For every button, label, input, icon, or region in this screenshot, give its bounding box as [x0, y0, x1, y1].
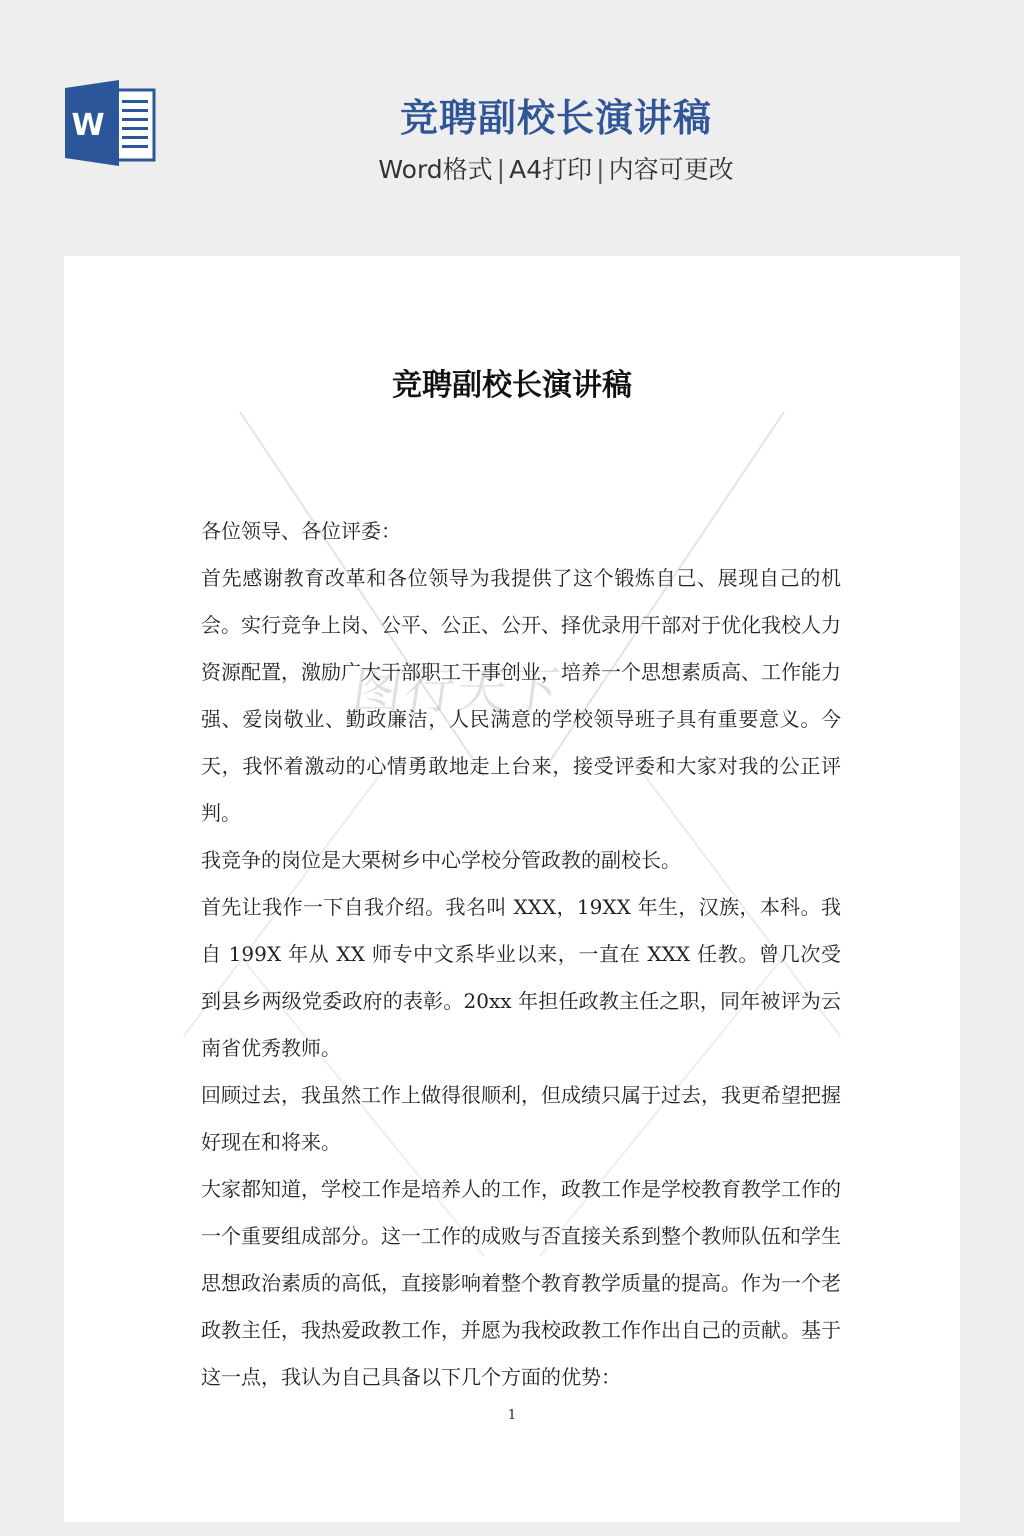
subtitle-print: A4打印: [509, 155, 592, 184]
paragraph: 首先感谢教育改革和各位领导为我提供了这个锻炼自己、展现自己的机会。实行竞争上岗、…: [201, 555, 841, 837]
paragraph: 大家都知道，学校工作是培养人的工作，政教工作是学校教育教学工作的一个重要组成部分…: [201, 1166, 841, 1401]
svg-text:W: W: [71, 108, 104, 143]
subtitle-format: Word格式: [378, 155, 492, 184]
paragraph: 我竞争的岗位是大栗树乡中心学校分管政教的副校长。: [201, 837, 841, 884]
banner-subtitle: Word格式|A4打印|内容可更改: [300, 152, 812, 188]
subtitle-editable: 内容可更改: [609, 155, 734, 184]
document-title: 竞聘副校长演讲稿: [64, 364, 960, 408]
paragraph: 回顾过去，我虽然工作上做得很顺利，但成绩只属于过去，我更希望把握好现在和将来。: [201, 1072, 841, 1166]
document-page: 图行天下 竞聘副校长演讲稿 各位领导、各位评委： 首先感谢教育改革和各位领导为我…: [64, 256, 960, 1522]
subtitle-separator: |: [596, 155, 604, 184]
subtitle-separator: |: [497, 155, 505, 184]
paragraph: 首先让我作一下自我介绍。我名叫 XXX，19XX 年生，汉族，本科。我自 199…: [201, 884, 841, 1072]
paragraph-salutation: 各位领导、各位评委：: [201, 508, 841, 555]
document-body: 各位领导、各位评委： 首先感谢教育改革和各位领导为我提供了这个锻炼自己、展现自己…: [201, 508, 841, 1401]
word-icon: W: [64, 80, 158, 166]
header-banner: W 竞聘副校长演讲稿 Word格式|A4打印|内容可更改: [0, 0, 1024, 256]
banner-title: 竞聘副校长演讲稿: [300, 92, 812, 144]
page-number: 1: [64, 1408, 960, 1423]
